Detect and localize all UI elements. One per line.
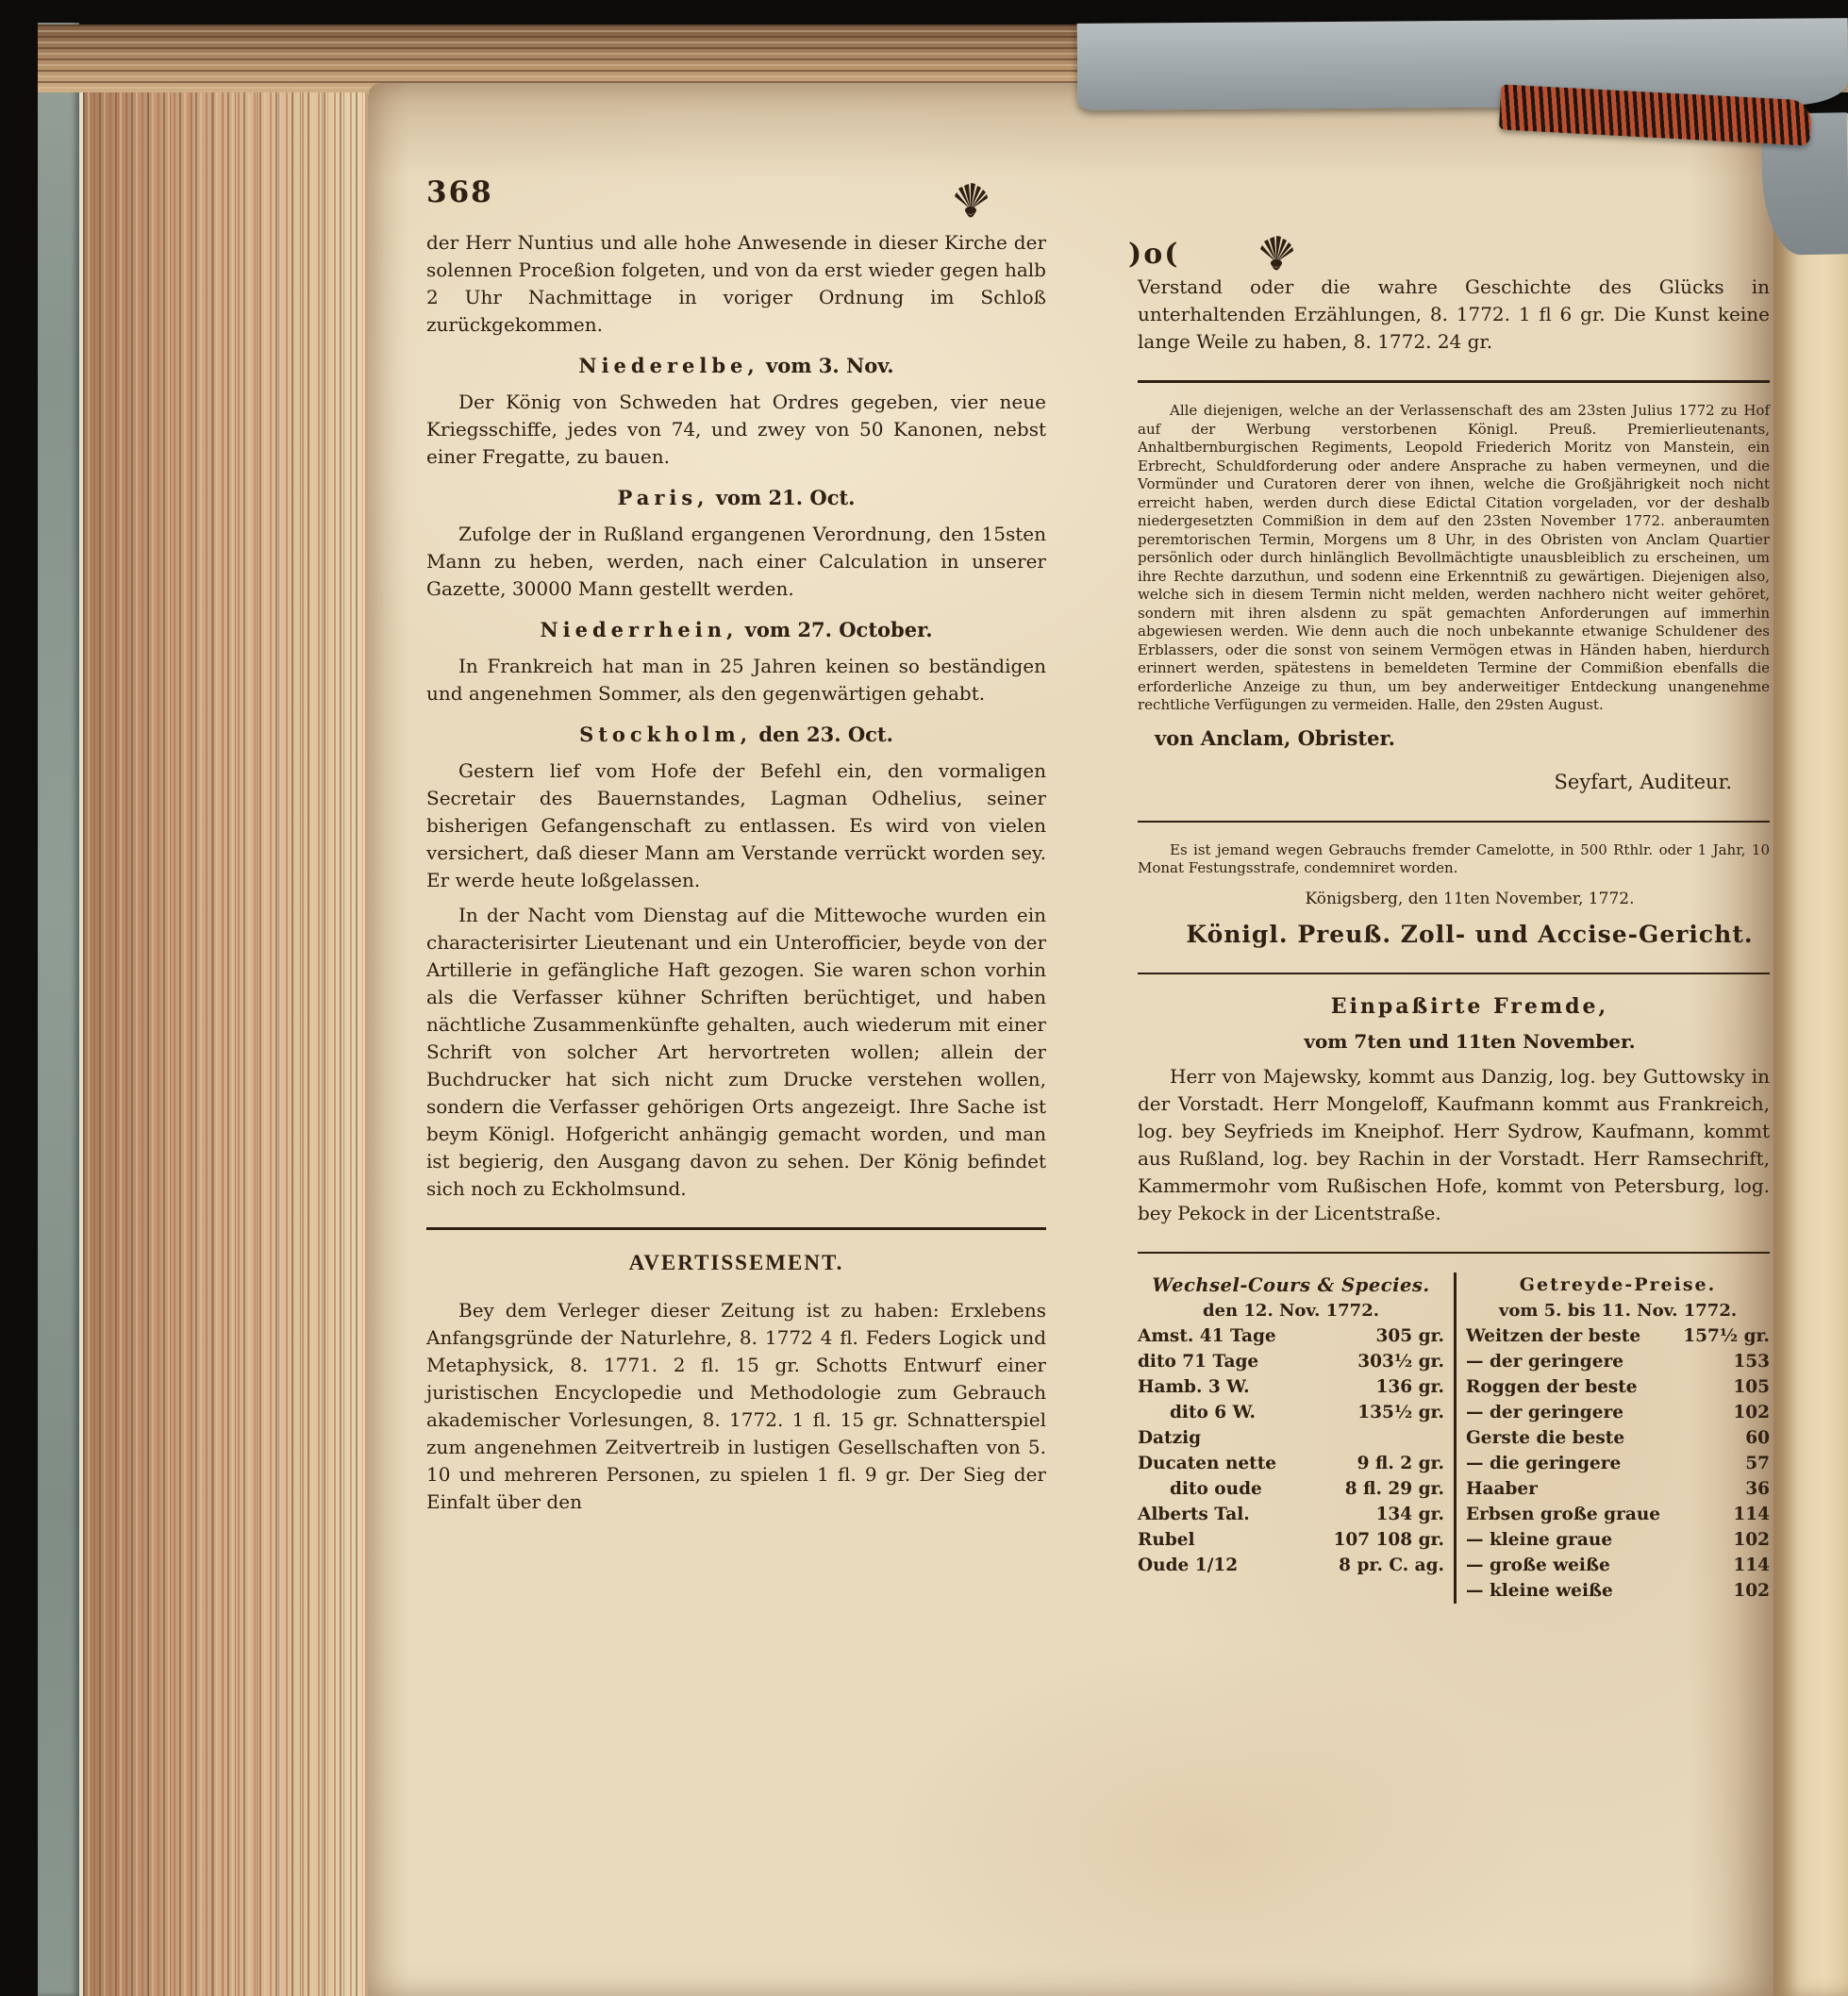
row-label: Amst. 41 Tage: [1138, 1323, 1276, 1349]
row-value: 107 108 gr.: [1333, 1527, 1444, 1553]
fremde-body: Herr von Majewsky, kommt aus Danzig, log…: [1138, 1063, 1770, 1227]
continuation-paragraph: Verstand oder die wahre Geschichte des G…: [1138, 274, 1770, 356]
fremde-title: Einpaßirte Fremde,: [1138, 993, 1770, 1021]
row-label: Haaber: [1466, 1476, 1538, 1502]
row-label: Oude 1/12: [1138, 1553, 1238, 1578]
table-row: Gerste die beste60: [1466, 1425, 1770, 1451]
dateline-paris: Paris, vom 21. Oct.: [426, 484, 1046, 511]
facing-page-edge: [1773, 113, 1848, 1996]
court-name: Königl. Preuß. Zoll- und Accise-Gericht.: [1138, 921, 1770, 948]
right-text-column: Verstand oder die wahre Geschichte des G…: [1138, 274, 1770, 1604]
row-value: 8 pr. C. ag.: [1339, 1553, 1444, 1578]
wechsel-date: den 12. Nov. 1772.: [1138, 1298, 1444, 1323]
avertissement-title: AVERTISSEMENT.: [426, 1249, 1046, 1276]
table-row: Ducaten nette9 fl. 2 gr.: [1138, 1451, 1444, 1476]
table-row: dito oude8 fl. 29 gr.: [1138, 1476, 1444, 1502]
row-value: 305 gr.: [1376, 1323, 1444, 1349]
dateline-place: Niederelbe,: [578, 354, 758, 377]
dateline-date: vom 27. October.: [745, 618, 933, 641]
row-label: — der geringere: [1466, 1400, 1623, 1425]
shell-ornament-icon: [949, 181, 992, 223]
dateline-place: Paris,: [617, 486, 708, 509]
avertissement-body: Bey dem Verleger dieser Zeitung ist zu h…: [426, 1297, 1046, 1516]
row-label: Rubel: [1138, 1527, 1195, 1553]
price-tables: Wechsel-Cours & Species. den 12. Nov. 17…: [1138, 1272, 1770, 1604]
page-edge-stack: [79, 28, 372, 1996]
table-row: Datzig: [1138, 1425, 1444, 1451]
book-cover-edge: [38, 23, 79, 1996]
row-value: 114: [1733, 1553, 1770, 1578]
divider-rule: [1138, 973, 1770, 974]
table-row: Oude 1/128 pr. C. ag.: [1138, 1553, 1444, 1578]
dateline-stockholm: Stockholm, den 23. Oct.: [426, 721, 1046, 748]
row-label: — kleine weiße: [1466, 1578, 1613, 1604]
divider-rule: [1138, 821, 1770, 823]
row-value: 136 gr.: [1376, 1374, 1444, 1400]
shell-ornament-icon: [1255, 234, 1298, 275]
table-row: Alberts Tal.134 gr.: [1138, 1502, 1444, 1527]
table-row: Roggen der beste105: [1466, 1374, 1770, 1400]
row-value: 102: [1733, 1578, 1770, 1604]
table-row: Weitzen der beste157½ gr.: [1466, 1323, 1770, 1349]
news-paragraph: Zufolge der in Rußland ergangenen Verord…: [426, 521, 1046, 603]
table-row: — große weiße114: [1466, 1553, 1770, 1578]
row-label: Weitzen der beste: [1466, 1323, 1640, 1349]
row-value: 102: [1733, 1527, 1770, 1553]
row-label: dito 71 Tage: [1138, 1349, 1258, 1374]
intro-paragraph: der Herr Nuntius und alle hohe Anwesende…: [426, 229, 1046, 339]
table-row: Hamb. 3 W.136 gr.: [1138, 1374, 1444, 1400]
signature-seyfart: Seyfart, Auditeur.: [1138, 769, 1770, 796]
table-row: dito 6 W.135½ gr.: [1138, 1400, 1444, 1425]
row-value: 157½ gr.: [1683, 1323, 1770, 1349]
row-value: 102: [1733, 1400, 1770, 1425]
row-label: Alberts Tal.: [1138, 1502, 1250, 1527]
news-paragraph: In Frankreich hat man in 25 Jahren keine…: [426, 653, 1046, 707]
divider-rule: [426, 1227, 1046, 1230]
book-scan-page: { "page": { "number": "368", "center_mar…: [0, 0, 1848, 1996]
dateline-date: vom 21. Oct.: [716, 486, 856, 509]
row-value: 134 gr.: [1376, 1502, 1444, 1527]
news-paragraph: Gestern lief vom Hofe der Befehl ein, de…: [426, 757, 1046, 894]
signature-anclam: von Anclam, Obrister.: [1138, 724, 1770, 752]
page-number: 368: [426, 175, 493, 209]
dateline-niederrhein: Niederrhein, vom 27. October.: [426, 616, 1046, 643]
table-row: — der geringere153: [1466, 1349, 1770, 1374]
table-row: Amst. 41 Tage305 gr.: [1138, 1323, 1444, 1349]
dateline-date: vom 3. Nov.: [766, 354, 894, 377]
table-row: Haaber36: [1466, 1476, 1770, 1502]
getreyde-preise-table: Getreyde-Preise. vom 5. bis 11. Nov. 177…: [1454, 1272, 1770, 1604]
row-label: Ducaten nette: [1138, 1451, 1276, 1476]
table-row: dito 71 Tage303½ gr.: [1138, 1349, 1444, 1374]
row-label: Erbsen große graue: [1466, 1502, 1660, 1527]
row-value: 303½ gr.: [1357, 1349, 1444, 1374]
getreyde-date: vom 5. bis 11. Nov. 1772.: [1466, 1298, 1770, 1323]
row-value: 36: [1745, 1476, 1770, 1502]
divider-rule: [1138, 380, 1770, 383]
getreyde-title: Getreyde-Preise.: [1466, 1272, 1770, 1298]
row-value: 105: [1733, 1374, 1770, 1400]
row-label: Roggen der beste: [1466, 1374, 1638, 1400]
row-value: 135½ gr.: [1357, 1400, 1444, 1425]
row-value: 153: [1733, 1349, 1770, 1374]
row-value: 57: [1745, 1451, 1770, 1476]
table-row: — kleine weiße102: [1466, 1578, 1770, 1604]
table-row: Erbsen große graue114: [1466, 1502, 1770, 1527]
row-label: dito oude: [1138, 1476, 1262, 1502]
edictal-notice: Alle diejenigen, welche an der Verlassen…: [1138, 402, 1770, 715]
koenigsberg-dateline: Königsberg, den 11ten November, 1772.: [1138, 886, 1770, 913]
row-label: Datzig: [1138, 1425, 1201, 1451]
row-label: Hamb. 3 W.: [1138, 1374, 1250, 1400]
row-label: Gerste die beste: [1466, 1425, 1624, 1451]
row-label: dito 6 W.: [1138, 1400, 1256, 1425]
dateline-date: den 23. Oct.: [758, 723, 893, 746]
table-row: Rubel107 108 gr.: [1138, 1527, 1444, 1553]
dateline-place: Stockholm,: [579, 723, 752, 746]
section-divider-mark: )o(: [1128, 238, 1179, 271]
fremde-subtitle: vom 7ten und 11ten November.: [1138, 1028, 1770, 1056]
table-row: — der geringere102: [1466, 1400, 1770, 1425]
news-paragraph: In der Nacht vom Dienstag auf die Mittew…: [426, 902, 1046, 1203]
wechsel-title: Wechsel-Cours & Species.: [1138, 1272, 1444, 1298]
news-paragraph: Der König von Schweden hat Ordres gegebe…: [426, 389, 1046, 471]
wechsel-cours-table: Wechsel-Cours & Species. den 12. Nov. 17…: [1138, 1272, 1454, 1604]
dateline-place: Niederrhein,: [540, 618, 738, 641]
divider-rule: [1138, 1252, 1770, 1254]
signature-block: von Anclam, Obrister. Seyfart, Auditeur.: [1138, 724, 1770, 796]
table-row: — die geringere57: [1466, 1451, 1770, 1476]
row-label: — die geringere: [1466, 1451, 1621, 1476]
row-value: 8 fl. 29 gr.: [1345, 1476, 1444, 1502]
row-label: — der geringere: [1466, 1349, 1623, 1374]
row-value: 114: [1733, 1502, 1770, 1527]
table-row: — kleine graue102: [1466, 1527, 1770, 1553]
left-text-column: der Herr Nuntius und alle hohe Anwesende…: [426, 229, 1046, 1523]
row-label: — kleine graue: [1466, 1527, 1612, 1553]
camelotte-notice: Es ist jemand wegen Gebrauchs fremder Ca…: [1138, 841, 1770, 878]
row-value: 60: [1745, 1425, 1770, 1451]
dateline-niederelbe: Niederelbe, vom 3. Nov.: [426, 352, 1046, 379]
row-value: 9 fl. 2 gr.: [1357, 1451, 1444, 1476]
row-label: — große weiße: [1466, 1553, 1610, 1578]
